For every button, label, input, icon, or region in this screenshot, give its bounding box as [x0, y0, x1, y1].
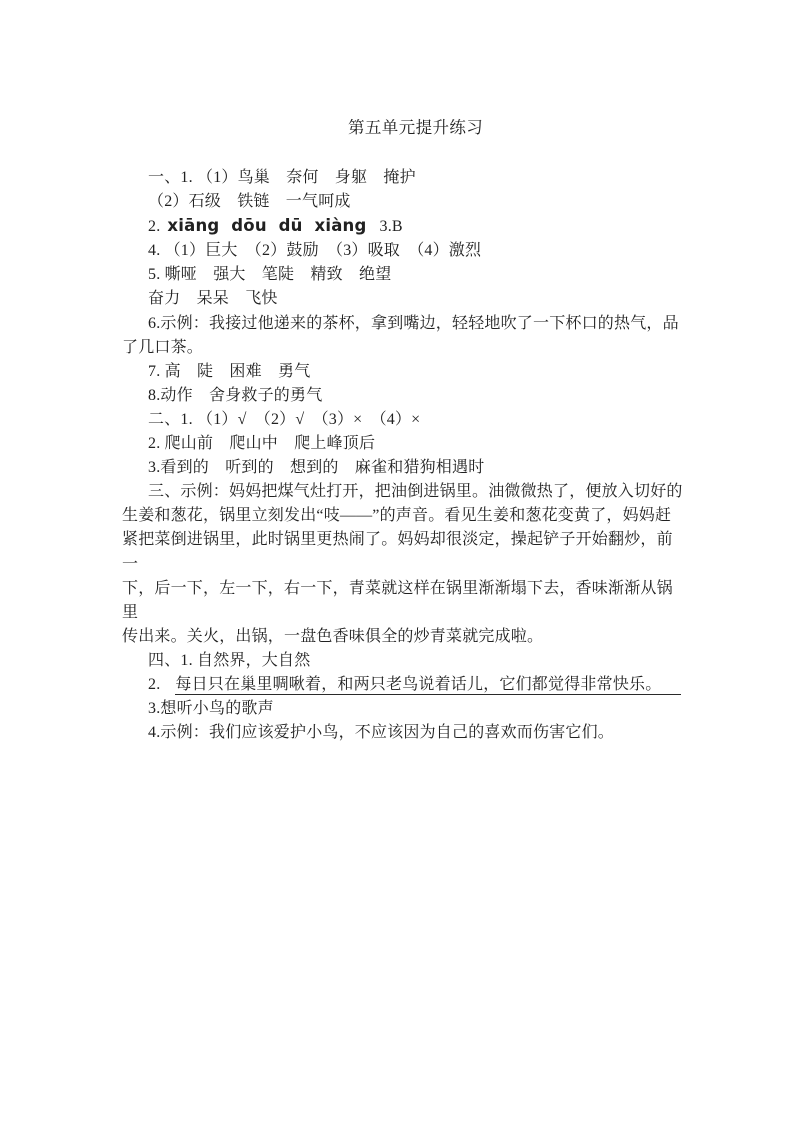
answer-line: 紧把菜倒进锅里，此时锅里更热闹了。妈妈却很淡定，操起铲子开始翻炒，前一 [122, 528, 688, 576]
answer-line: 生姜和葱花，锅里立刻发出“吱——”的声音。看见生姜和葱花变黄了，妈妈赶 [122, 504, 688, 528]
answer-line: 奋力 呆呆 飞快 [122, 287, 688, 311]
answer-line: （2）石级 铁链 一气呵成 [122, 190, 688, 214]
document-title: 第五单元提升练习 [348, 117, 483, 139]
answer-line: 了几口茶。 [122, 336, 688, 360]
underlined-answer: 每日只在巢里啁啾着，和两只老鸟说着话儿，它们都觉得非常快乐。 [175, 676, 681, 695]
answer-line: 一、1. （1）鸟巢 奈何 身躯 掩护 [122, 166, 688, 190]
answer-line: 3.看到的 听到的 想到的 麻雀和猎狗相遇时 [122, 456, 688, 480]
answer-line: 下，后一下，左一下，右一下，青菜就这样在锅里渐渐塌下去，香味渐渐从锅里 [122, 577, 688, 625]
answer-line: 4. （1）巨大 （2）鼓励 （3）吸取 （4）激烈 [122, 239, 688, 263]
answer-line: 2. 爬山前 爬山中 爬上峰顶后 [122, 432, 688, 456]
answer-line: 6.示例：我接过他递来的茶杯，拿到嘴边，轻轻地吹了一下杯口的热气，品 [122, 312, 688, 336]
answer-line: 二、1. （1）√ （2）√ （3）× （4）× [122, 408, 688, 432]
answer-line: 4.示例：我们应该爱护小鸟，不应该因为自己的喜欢而伤害它们。 [122, 721, 688, 745]
answer-line-underlined: 2.每日只在巢里啁啾着，和两只老鸟说着话儿，它们都觉得非常快乐。 [122, 673, 688, 697]
item-number: 2. [148, 676, 160, 693]
answer-line: 8.动作 舍身救子的勇气 [122, 384, 688, 408]
answer-line: 传出来。关火，出锅，一盘色香味俱全的炒青菜就完成啦。 [122, 625, 688, 649]
item-number: 2. [148, 218, 160, 235]
answer-line: 7. 高 陡 困难 勇气 [122, 360, 688, 384]
answer-list: 一、1. （1）鸟巢 奈何 身躯 掩护 （2）石级 铁链 一气呵成 2.xiān… [122, 166, 688, 745]
answer-line: 三、示例：妈妈把煤气灶打开，把油倒进锅里。油微微热了，便放入切好的 [122, 480, 688, 504]
document-page: 第五单元提升练习 一、1. （1）鸟巢 奈何 身躯 掩护 （2）石级 铁链 一气… [0, 0, 793, 1122]
answer-line: 3.想听小鸟的歌声 [122, 697, 688, 721]
answer-choice: 3.B [380, 218, 403, 235]
answer-line: 5. 嘶哑 强大 笔陡 精致 绝望 [122, 263, 688, 287]
pinyin-answer: xiāng dōu dū xiàng [167, 216, 366, 235]
answer-line-pinyin: 2.xiāng dōu dū xiàng3.B [122, 214, 688, 239]
answer-line: 四、1. 自然界，大自然 [122, 649, 688, 673]
